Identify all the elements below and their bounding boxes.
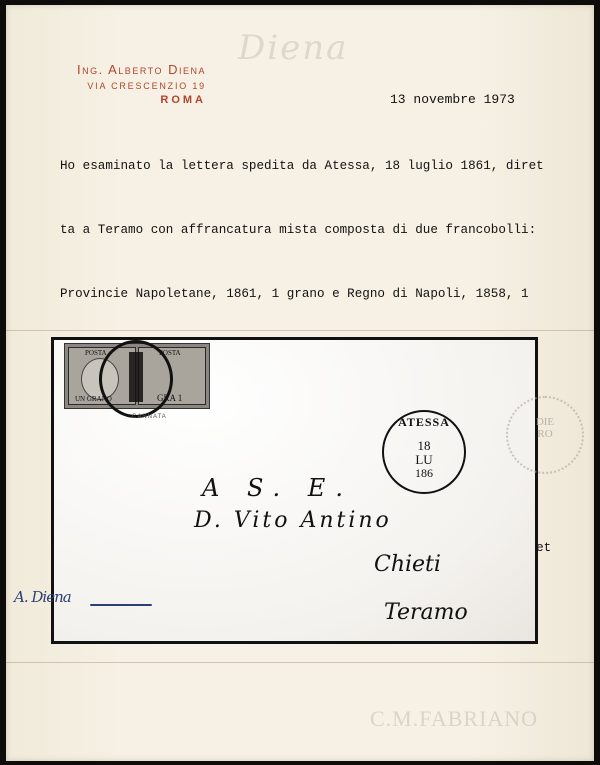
address-line: Teramo [384, 600, 468, 625]
postmark-town: ATESSA [384, 415, 464, 430]
blind-stamp-line1: DIE [508, 416, 582, 428]
body-line: ta a Teramo con affrancatura mista compo… [60, 220, 580, 241]
stamp-pair: POSTA UN GRANO POSTA GRA 1 [64, 343, 210, 409]
expert-signature: A. Diena [14, 588, 71, 606]
letterhead: Ing. Alberto Diena VIA CRESCENZIO 19 ROM… [77, 62, 206, 106]
letterhead-city: ROMA [77, 94, 206, 106]
cover-photograph: POSTA UN GRANO POSTA GRA 1 CANNATA ATESS… [51, 337, 538, 644]
address-line: Chieti [374, 552, 441, 577]
diena-blind-stamp: DIE RO [506, 396, 584, 474]
watermark-diena: Diena [238, 28, 348, 68]
stamp-caption: CANNATA [132, 414, 167, 420]
body-line: Ho esaminato la lettera spedita da Atess… [60, 156, 580, 177]
stamp-left-top-text: POSTA [85, 349, 107, 357]
postmark-year: 186 [384, 466, 464, 481]
letterhead-name: Ing. Alberto Diena [77, 62, 206, 77]
letterhead-street: VIA CRESCENZIO 19 [77, 81, 206, 91]
body-line: Provincie Napoletane, 1861, 1 grano e Re… [60, 284, 580, 305]
fold-line [6, 662, 594, 663]
address-line: A S. E. [202, 474, 353, 502]
postmark-atessa: ATESSA 18 LU 186 [382, 410, 466, 494]
cancel-bars [129, 352, 143, 402]
blind-stamp-line2: RO [508, 428, 582, 440]
signature-flourish [90, 604, 152, 606]
watermark-fabriano: C.M.FABRIANO [370, 706, 538, 732]
certificate-date: 13 novembre 1973 [390, 92, 515, 107]
address-line: D. Vito Antino [194, 508, 392, 533]
